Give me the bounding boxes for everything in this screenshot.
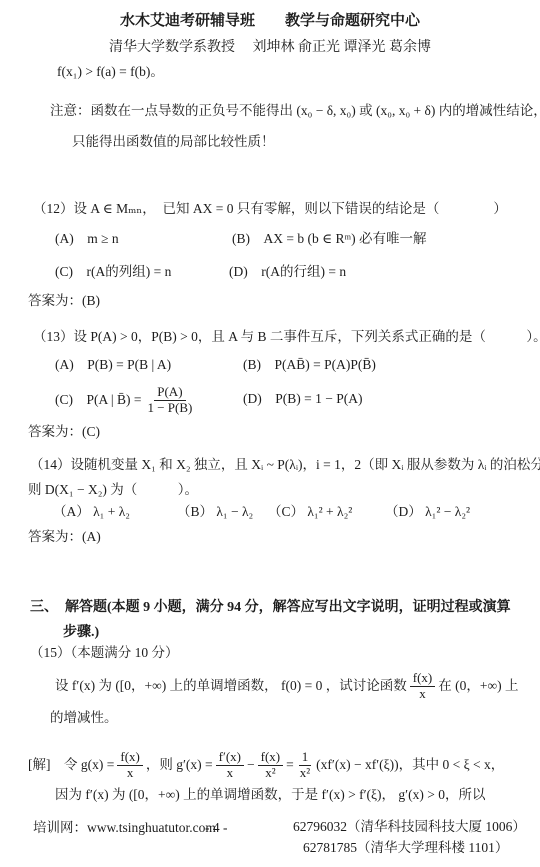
q12-answer: 答案为：(B) bbox=[28, 293, 100, 310]
q15-stem: 设 f′(x) 为 ([0，+∞) 上的单调增函数， f(0) = 0 ，试讨论… bbox=[55, 666, 519, 706]
q13-option-c-text: (C) P(A | B̄) = bbox=[55, 392, 141, 409]
page-subtitle: 清华大学数学系教授 刘坤林 俞正光 谭泽光 葛余博 bbox=[0, 39, 540, 57]
fraction-denominator: 1 − P(B) bbox=[144, 401, 195, 416]
q15-points: （15）（本题满分 10 分） bbox=[30, 645, 179, 662]
q12-stem: （12）设 A ∈ Mₘₙ， 已知 AX = 0 只有零解，则以下错误的结论是（… bbox=[33, 201, 507, 218]
q12-option-a: (A) m ≥ n bbox=[55, 231, 119, 248]
section-3-heading-line-2: 步骤.) bbox=[63, 624, 99, 642]
note-line-1: 注意：函数在一点导数的正负号不能得出 (x₀ − δ, x₀) 或 (x₀, x… bbox=[50, 103, 540, 120]
q13-answer: 答案为：(C) bbox=[28, 424, 100, 441]
q15-solution-line-1: [解] 令 g(x) = f(x) x ，则 g′(x) = f′(x) x −… bbox=[28, 744, 504, 786]
fraction: 1 x² bbox=[297, 750, 313, 781]
q15-stem-line-2: 的增减性。 bbox=[50, 710, 118, 727]
q12-option-b: (B) AX = b (b ∈ Rᵐ) 必有唯一解 bbox=[232, 231, 426, 248]
fraction: f(x) x bbox=[117, 750, 143, 781]
fraction: f(x) x² bbox=[258, 750, 284, 781]
q13-stem: （13）设 P(A) > 0，P(B) > 0，且 A 与 B 二事件互斥，下列… bbox=[33, 329, 540, 346]
fraction-numerator: f(x) bbox=[258, 750, 284, 766]
solution-tail: (xf′(x) − xf′(ξ))，其中 0 < ξ < x， bbox=[316, 757, 504, 774]
footer-website: 培训网：www.tsinghuatutor.com bbox=[33, 820, 216, 837]
q13-option-b: (B) P(AB̄) = P(A)P(B̄) bbox=[243, 357, 376, 374]
q14-answer: 答案为：(A) bbox=[28, 529, 101, 546]
q13-option-c: (C) P(A | B̄) = P(A) 1 − P(B) bbox=[55, 380, 198, 420]
q14-option-b: （B） λ₁ − λ₂ bbox=[177, 504, 253, 521]
q14-stem-line-2: 则 D(X₁ − X₂) 为（ ）。 bbox=[28, 482, 198, 499]
footer-phone-2: 62781785（清华大学理科楼 1101） bbox=[293, 838, 526, 859]
q14-stem-line-1: （14）设随机变量 X₁ 和 X₂ 独立，且 Xᵢ ~ P(λᵢ)，i = 1，… bbox=[30, 457, 540, 474]
footer-contact: 62796032（清华科技园科技大厦 1006） 62781785（清华大学理科… bbox=[293, 817, 526, 859]
fraction-numerator: 1 bbox=[299, 750, 312, 766]
q14-option-a: （A） λ₁ + λ₂ bbox=[53, 504, 130, 521]
footer-page-number: - 4 - bbox=[205, 820, 228, 837]
exam-page: 水木艾迪考研辅导班 教学与命题研究中心 清华大学数学系教授 刘坤林 俞正光 谭泽… bbox=[0, 0, 540, 867]
solution-intro: [解] 令 g(x) = bbox=[28, 757, 114, 774]
q15-solution-line-2: 因为 f′(x) 为 ([0，+∞) 上的单调增函数，于是 f′(x) > f′… bbox=[55, 787, 485, 804]
fraction: f(x) x bbox=[410, 671, 436, 702]
solution-seg-2: ，则 g′(x) = bbox=[146, 757, 213, 774]
q12-option-c: (C) r(A的列组) = n bbox=[55, 264, 171, 281]
q14-option-c: （C） λ₁² + λ₂² bbox=[268, 504, 352, 521]
minus-sign: − bbox=[247, 757, 255, 774]
fraction-denominator: x bbox=[124, 766, 137, 781]
q15-stem-post: 在 (0，+∞) 上 bbox=[438, 678, 518, 695]
note-line-2: 只能得出函数值的局部比较性质！ bbox=[72, 134, 275, 151]
q14-option-d: （D） λ₁² − λ₂² bbox=[385, 504, 470, 521]
page-title: 水木艾迪考研辅导班 教学与命题研究中心 bbox=[0, 12, 540, 31]
fraction: f′(x) x bbox=[216, 750, 244, 781]
fraction-numerator: f′(x) bbox=[216, 750, 244, 766]
footer-phone-1: 62796032（清华科技园科技大厦 1006） bbox=[293, 817, 526, 838]
fraction: P(A) 1 − P(B) bbox=[144, 385, 195, 416]
section-3-heading-line-1: 三、 解答题(本题 9 小题，满分 94 分，解答应写出文字说明，证明过程或演算 bbox=[30, 599, 511, 617]
fraction-denominator: x² bbox=[262, 766, 278, 781]
q13-option-d: (D) P(B) = 1 − P(A) bbox=[243, 391, 362, 408]
fraction-denominator: x bbox=[224, 766, 237, 781]
equals-sign: = bbox=[286, 757, 294, 774]
fraction-denominator: x² bbox=[297, 766, 313, 781]
q15-stem-pre: 设 f′(x) 为 ([0，+∞) 上的单调增函数， f(0) = 0 ，试讨论… bbox=[55, 678, 407, 695]
fraction-numerator: f(x) bbox=[117, 750, 143, 766]
q12-option-d: (D) r(A的行组) = n bbox=[229, 264, 346, 281]
q13-option-a: (A) P(B) = P(B | A) bbox=[55, 357, 171, 374]
carryover-formula: f(x₁) > f(a) = f(b)。 bbox=[57, 64, 164, 81]
fraction-numerator: f(x) bbox=[410, 671, 436, 687]
fraction-numerator: P(A) bbox=[154, 385, 185, 401]
fraction-denominator: x bbox=[416, 687, 429, 702]
